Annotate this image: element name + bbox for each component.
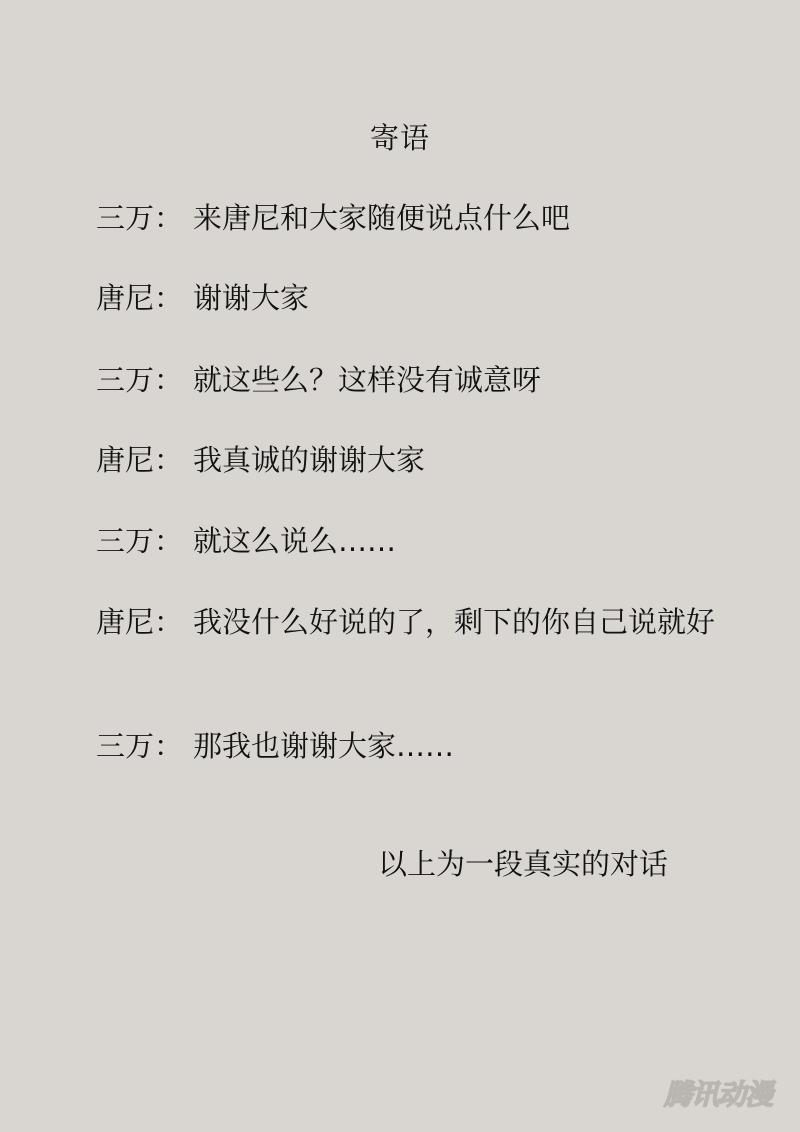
speaker-label: 三万： (96, 358, 193, 402)
watermark-logo: 腾讯动漫 (655, 1074, 781, 1112)
speaker-label: 三万： (96, 724, 193, 768)
speaker-label: 三万： (96, 519, 193, 563)
dialogue-text: 我没什么好说的了，剩下的你自己说就好 (193, 600, 736, 644)
dialogue-text: 谢谢大家 (193, 276, 736, 320)
speaker-label: 三万： (96, 196, 193, 240)
dialogue-text: 我真诚的谢谢大家 (193, 438, 736, 482)
dialogue-line: 唐尼： 我没什么好说的了，剩下的你自己说就好 (96, 600, 736, 644)
dialogue-line: 三万： 那我也谢谢大家…… (96, 724, 736, 768)
speaker-label: 唐尼： (96, 600, 193, 644)
dialogue-line: 唐尼： 谢谢大家 (96, 276, 736, 320)
dialogue-line: 三万： 来唐尼和大家随便说点什么吧 (96, 196, 736, 240)
dialogue-line: 三万： 就这么说么…… (96, 519, 736, 563)
dialogue-line: 唐尼： 我真诚的谢谢大家 (96, 438, 736, 482)
page-title: 寄语 (0, 118, 800, 158)
dialogue-text: 来唐尼和大家随便说点什么吧 (193, 196, 736, 240)
speaker-label: 唐尼： (96, 438, 193, 482)
speaker-label: 唐尼： (96, 276, 193, 320)
dialogue-text: 那我也谢谢大家…… (193, 724, 736, 768)
dialogue-text: 就这么说么…… (193, 519, 736, 563)
dialogue-line: 三万： 就这些么？这样没有诚意呀 (96, 358, 736, 402)
dialogue-text: 就这些么？这样没有诚意呀 (193, 358, 736, 402)
closing-note: 以上为一段真实的对话 (378, 842, 668, 886)
